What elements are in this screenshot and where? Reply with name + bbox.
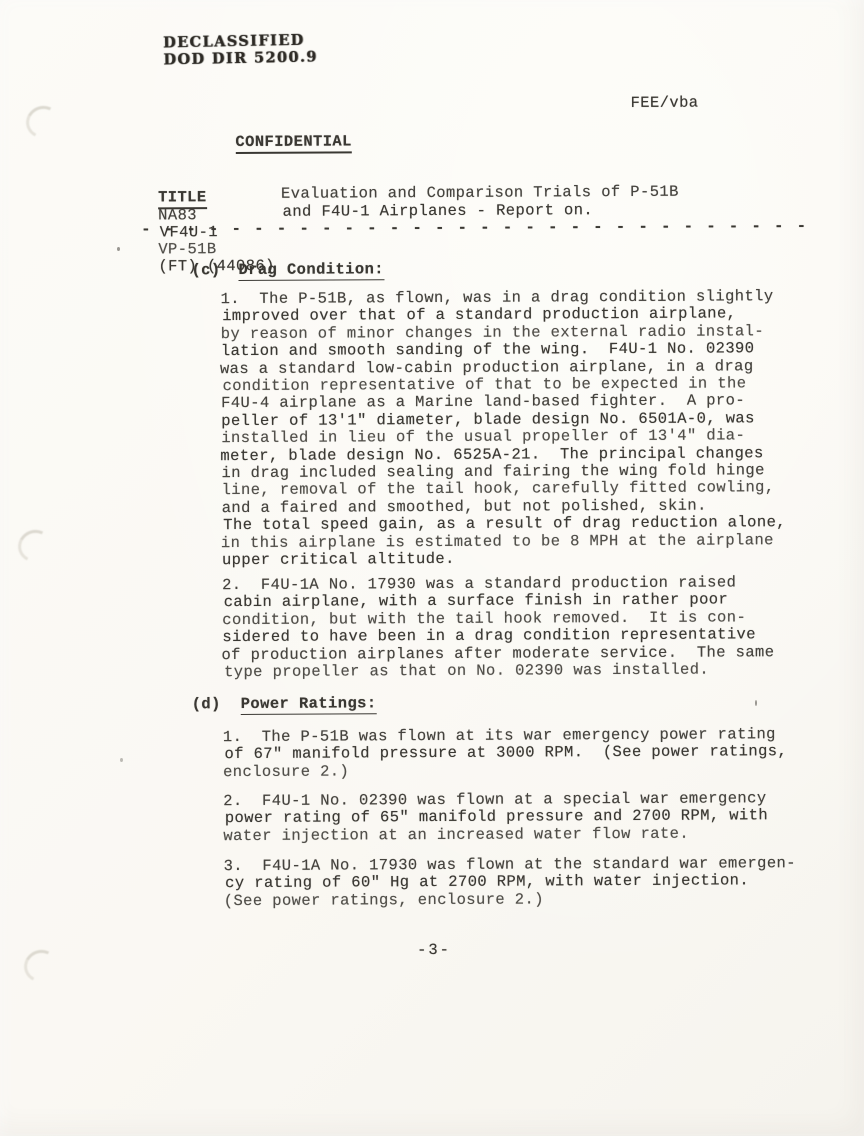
document-title: Evaluation and Comparison Trials of P-51… xyxy=(281,184,679,221)
paragraph-power-2: 2. F4U-1 No. 02390 was flown at a specia… xyxy=(223,790,767,845)
document-page: DECLASSIFIED DOD DIR 5200.9 CONFIDENTIAL… xyxy=(0,0,864,1136)
section-heading-drag-condition: Drag Condition: xyxy=(238,260,384,281)
classification-label: CONFIDENTIAL xyxy=(235,133,352,154)
text-line: type propeller as that on No. 02390 was … xyxy=(224,661,777,681)
declassified-stamp: DECLASSIFIED DOD DIR 5200.9 xyxy=(163,32,318,69)
text-line: VP-51B xyxy=(158,240,352,258)
dashed-separator: - - - - - - - - - - - - - - - - - - - - … xyxy=(141,217,841,239)
stamp-line-2: DOD DIR 5200.9 xyxy=(163,49,318,69)
section-label-c: (c) xyxy=(191,261,220,279)
document-content: DECLASSIFIED DOD DIR 5200.9 CONFIDENTIAL… xyxy=(0,0,864,1136)
text-line: water injection at an increased water fl… xyxy=(223,825,766,845)
text-line: upper critical altitude. xyxy=(222,549,785,569)
text-line: by reason of minor changes in the extern… xyxy=(221,323,784,343)
title-label: TITLE xyxy=(158,188,207,209)
paragraph-power-1: 1. The P-51B was flown at its war emerge… xyxy=(223,726,786,781)
text-line: (See power ratings, enclosure 2.) xyxy=(224,890,796,910)
text-line: in this airplane is estimated to be 8 MP… xyxy=(221,532,784,552)
section-heading-power-ratings: Power Ratings: xyxy=(241,694,377,715)
page-number: -3- xyxy=(2,939,864,962)
paragraph-drag-2: 2. F4U-1A No. 17930 was a standard produ… xyxy=(222,574,776,681)
text-line: F4U-4 airplane as a Marine land-based fi… xyxy=(221,393,784,413)
paragraph-drag-1: 1. The P-51B, as flown, was in a drag co… xyxy=(221,288,785,569)
text-line: condition, but with the tail hook remove… xyxy=(222,609,775,629)
section-label-d: (d) xyxy=(192,695,221,713)
office-code: FEE/vba xyxy=(631,94,699,112)
text-line: enclosure 2.) xyxy=(223,761,786,781)
paragraph-power-3: 3. F4U-1A No. 17930 was flown at the sta… xyxy=(224,855,797,910)
